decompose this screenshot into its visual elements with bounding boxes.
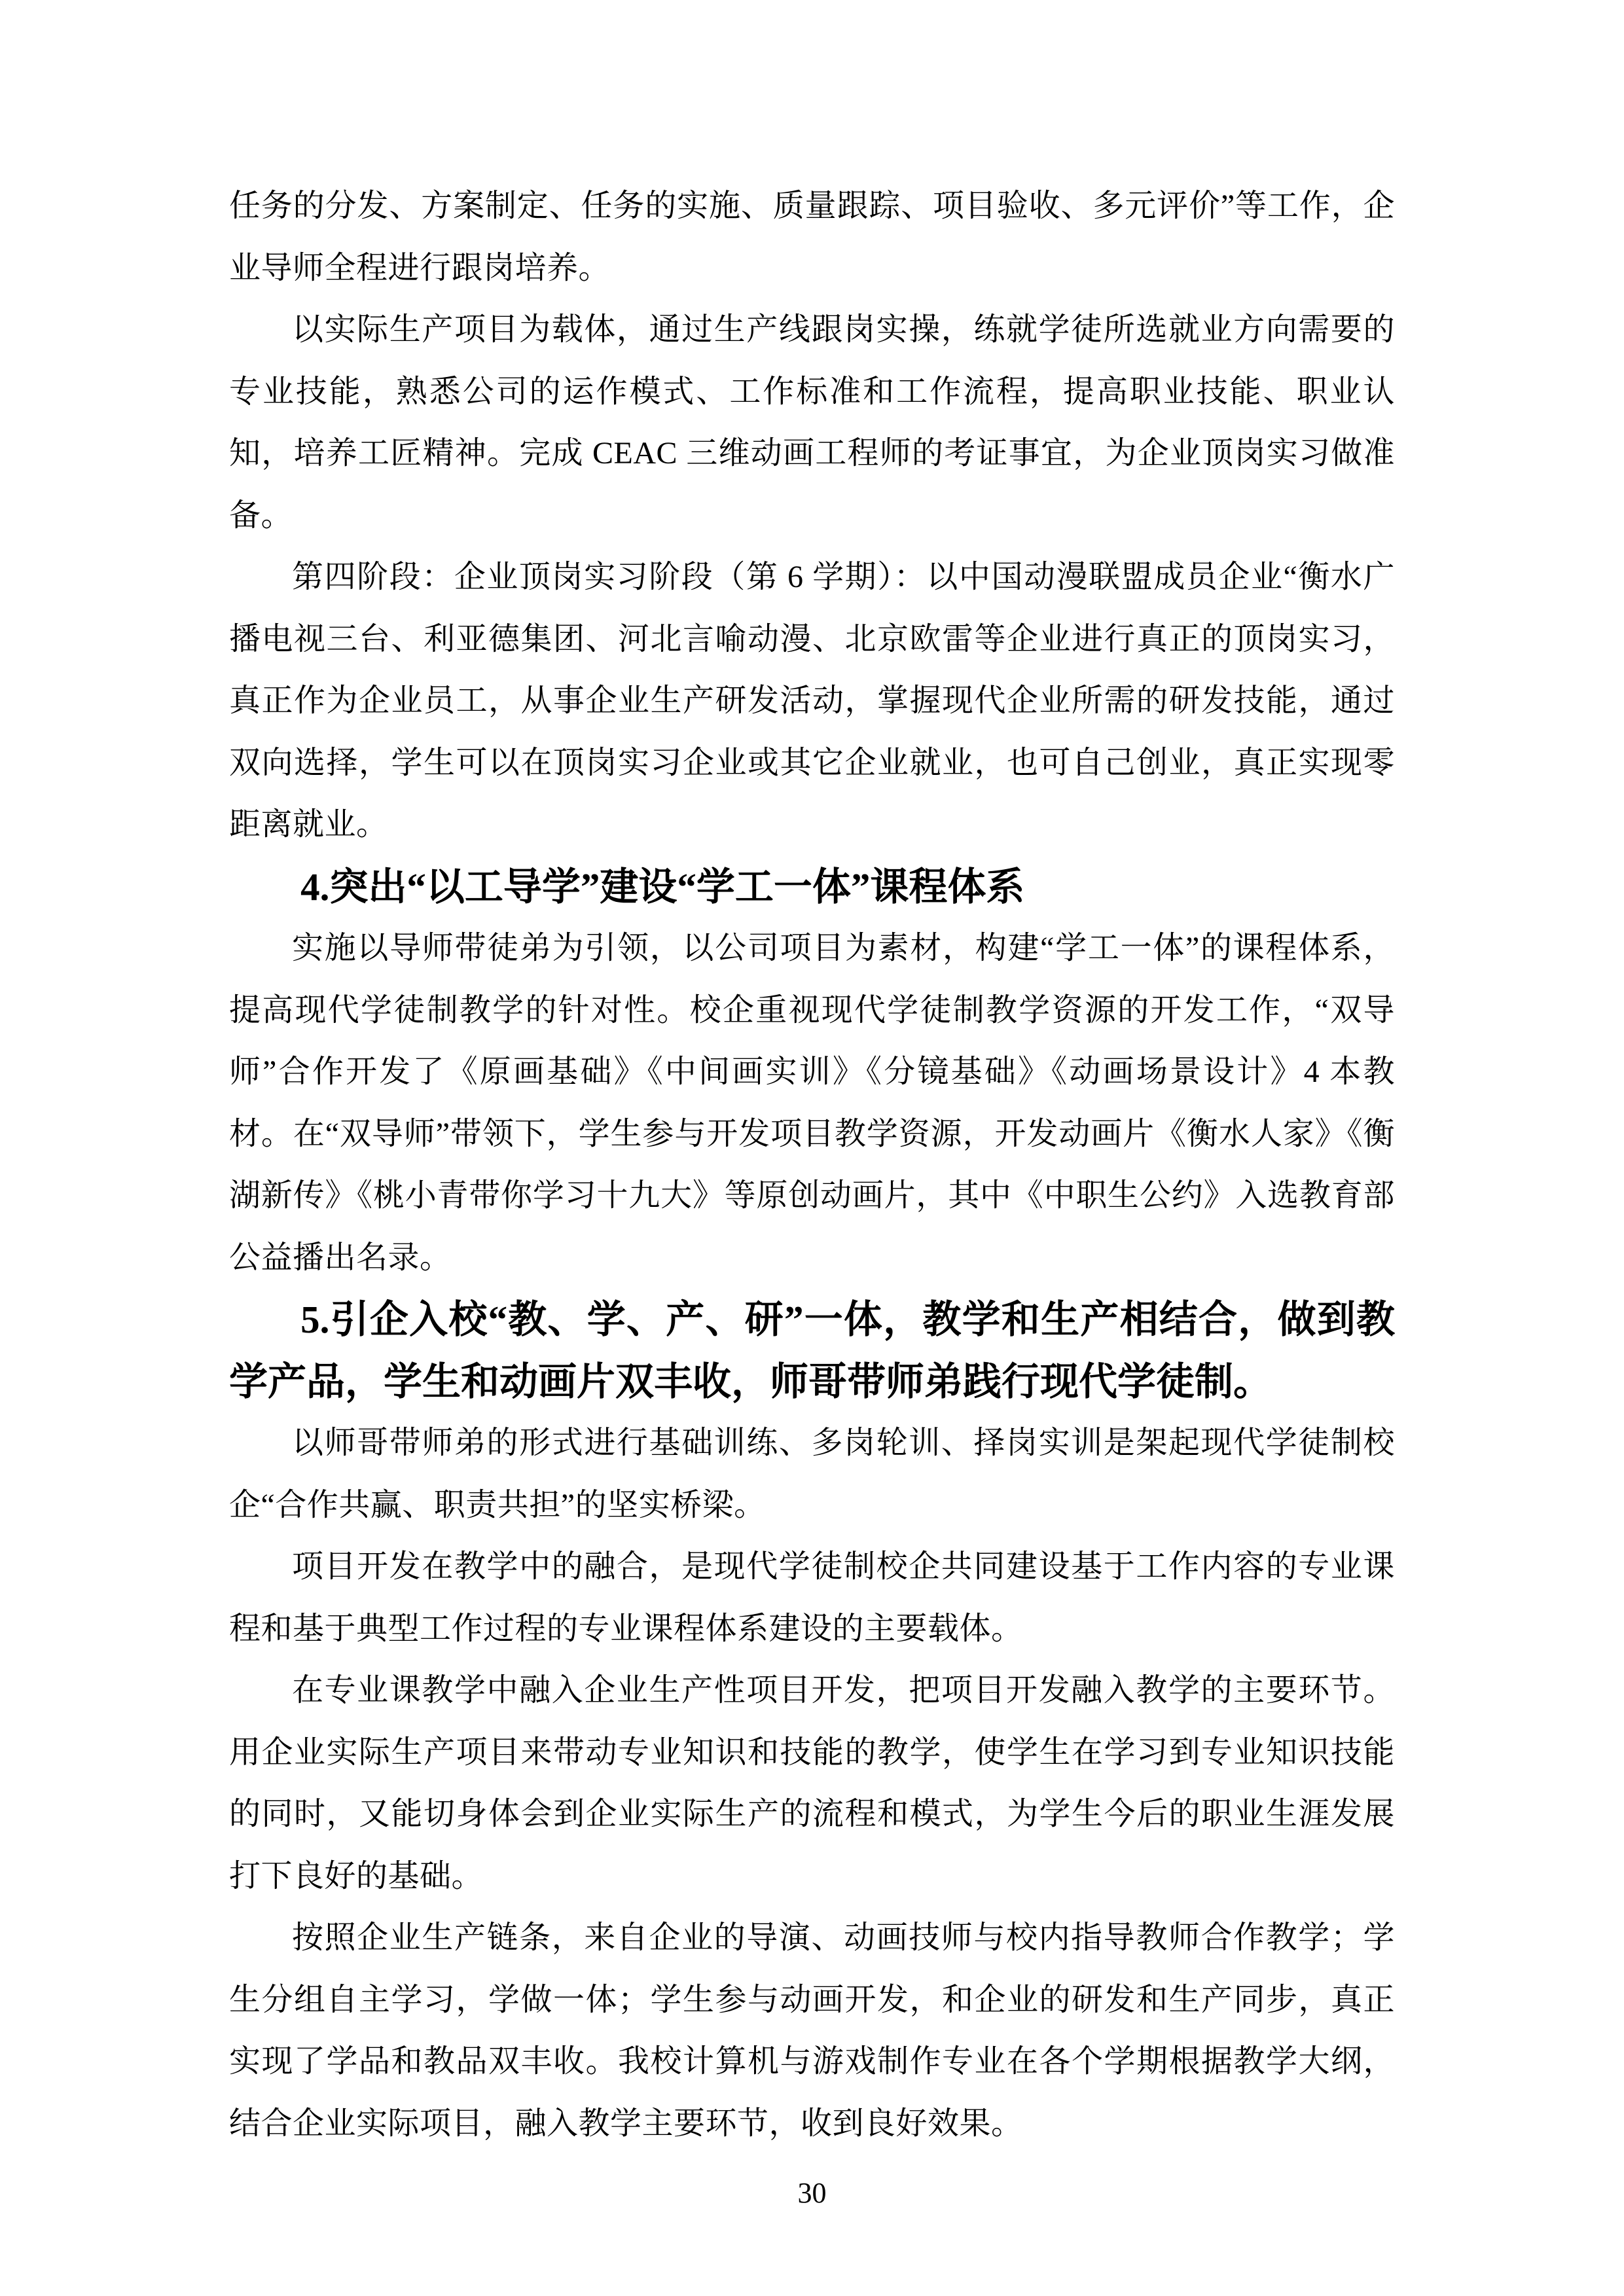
paragraph-project-fusion: 项目开发在教学中的融合，是现代学徒制校企共同建设基于工作内容的专业课程和基于典型…	[229, 1536, 1395, 1660]
paragraph-project-carrier: 以实际生产项目为载体，通过生产线跟岗实操，练就学徒所选就业方向需要的专业技能，熟…	[229, 299, 1395, 547]
paragraph-stage4-internship: 第四阶段：企业顶岗实习阶段（第 6 学期）：以中国动漫联盟成员企业“衡水广播电视…	[229, 547, 1395, 856]
section-heading-4: 4.突出“以工导学”建设“学工一体”课程体系	[229, 856, 1395, 918]
paragraph-production-chain: 按照企业生产链条，来自企业的导演、动画技师与校内指导教师合作教学；学生分组自主学…	[229, 1907, 1395, 2155]
section-heading-5: 5.引企入校“教、学、产、研”一体，教学和生产相结合，做到教学产品，学生和动画片…	[229, 1289, 1395, 1412]
paragraph-bridge: 以师哥带师弟的形式进行基础训练、多岗轮训、择岗实训是架起现代学徒制校企“合作共赢…	[229, 1412, 1395, 1536]
paragraph-mentor-lead: 实施以导师带徒弟为引领，以公司项目为素材，构建“学工一体”的课程体系，提高现代学…	[229, 918, 1395, 1289]
page-footer: 30	[0, 2176, 1624, 2210]
document-content: 任务的分发、方案制定、任务的实施、质量跟踪、项目验收、多元评价”等工作，企业导师…	[229, 175, 1395, 2155]
page-number: 30	[798, 2177, 827, 2209]
paragraph-production-projects: 在专业课教学中融入企业生产性项目开发，把项目开发融入教学的主要环节。用企业实际生…	[229, 1660, 1395, 1907]
document-page: 任务的分发、方案制定、任务的实施、质量跟踪、项目验收、多元评价”等工作，企业导师…	[0, 0, 1624, 2296]
paragraph-continuation: 任务的分发、方案制定、任务的实施、质量跟踪、项目验收、多元评价”等工作，企业导师…	[229, 175, 1395, 299]
